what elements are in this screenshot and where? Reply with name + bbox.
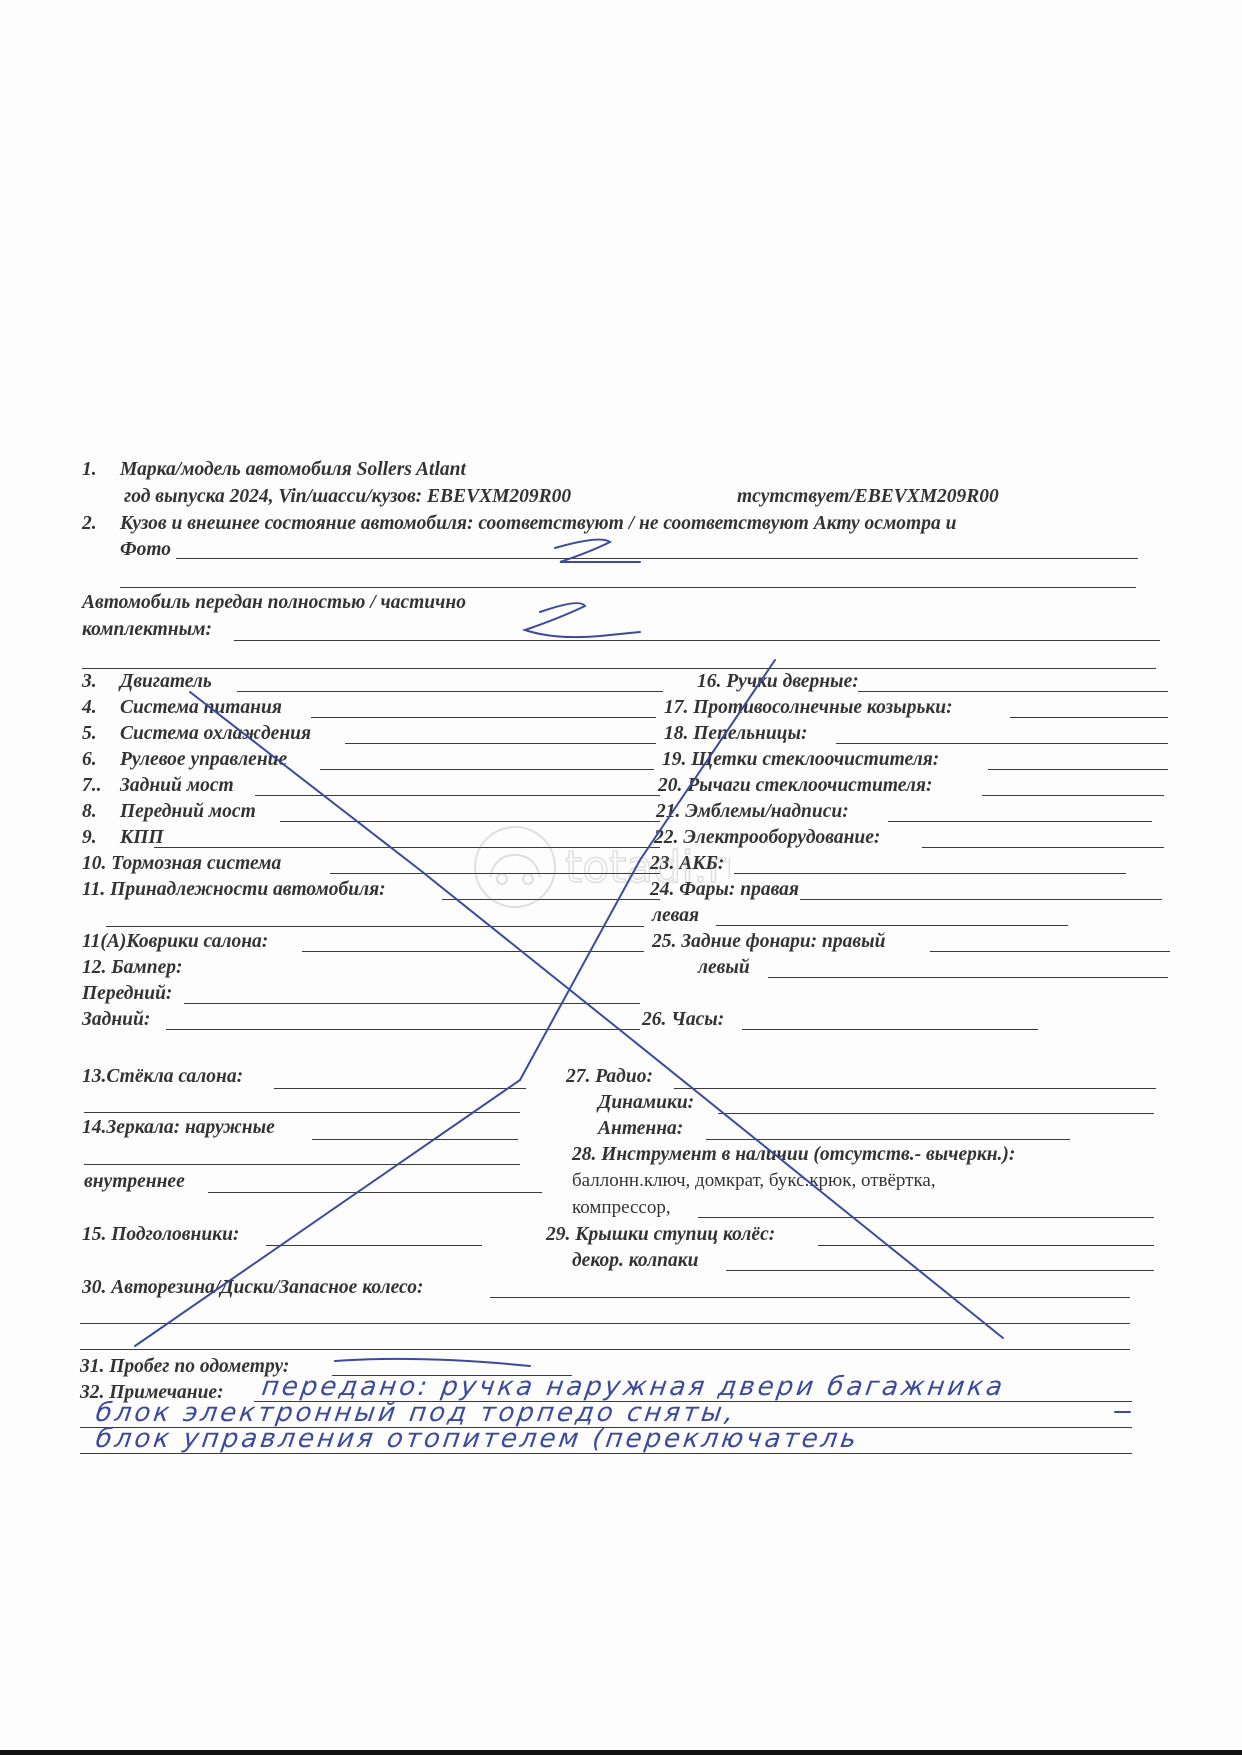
completeness-field-line[interactable] — [234, 640, 1160, 641]
item-number: 6. — [82, 749, 120, 771]
right-item-row: левый — [698, 957, 750, 979]
radio-field-line[interactable] — [674, 1088, 1156, 1089]
glass-label: 13.Стёкла салона: — [82, 1066, 243, 1088]
tires-field-line-2[interactable] — [80, 1323, 1130, 1324]
mirrors-inner-label: внутреннее — [84, 1171, 185, 1193]
item-field-line[interactable] — [836, 743, 1168, 744]
left-item-row: 7..Задний мост — [82, 775, 234, 797]
item-field-line[interactable] — [734, 873, 1126, 874]
item-field-line[interactable] — [320, 769, 654, 770]
item-number: 3. — [82, 671, 120, 693]
item-field-line[interactable] — [716, 925, 1068, 926]
scan-edge — [0, 1750, 1242, 1755]
right-item-row: 18. Пепельницы: — [664, 723, 808, 745]
mirrors-inner-field-line[interactable] — [208, 1192, 542, 1193]
mirrors-label: 14.Зеркала: наружные — [82, 1117, 275, 1139]
body-condition-label: Кузов и внешнее состояние автомобиля: со… — [120, 513, 956, 534]
right-item-row: 25. Задние фонари: правый — [652, 931, 885, 953]
item-field-line[interactable] — [302, 951, 644, 952]
item-label: 11. Принадлежности автомобиля: — [82, 879, 386, 900]
tools-field-line[interactable] — [698, 1217, 1154, 1218]
item-label: 10. Тормозная система — [82, 853, 281, 874]
watermark-logo-icon: totadi.ru — [470, 822, 730, 912]
item-field-line[interactable] — [988, 769, 1168, 770]
accessories-field-line-2[interactable] — [106, 926, 644, 927]
completeness-label-2: комплектным: — [82, 619, 212, 641]
hubcaps-label: 29. Крышки ступиц колёс: — [546, 1224, 775, 1246]
right-item-row: 16. Ручки дверные: — [697, 671, 859, 693]
item-label: Система охлаждения — [120, 723, 311, 744]
left-item-row: 6.Рулевое управление — [82, 749, 287, 771]
tires-label: 30. Авторезина/Диски/Запасное колесо: — [82, 1277, 423, 1299]
photo-label: Фото — [120, 539, 171, 561]
item-number: 7.. — [82, 775, 120, 797]
radio-label: 27. Радио: — [566, 1066, 653, 1088]
speakers-label: Динамики: — [598, 1092, 694, 1114]
item-field-line[interactable] — [858, 691, 1168, 692]
completeness-label: Автомобиль передан полностью / частично — [82, 592, 466, 614]
hubcaps-decor-label: декор. колпаки — [572, 1250, 698, 1272]
item-label: КПП — [120, 827, 164, 848]
handwritten-note-line-3: блок управления отопителем (переключател… — [94, 1424, 861, 1454]
item-label: Задний: — [82, 1009, 150, 1030]
item-label: 11(А)Коврики салона: — [82, 931, 268, 952]
inspection-form-page: 1.Марка/модель автомобиля Sollers Atlant… — [0, 0, 1242, 1755]
left-item-row: 4.Система питания — [82, 697, 282, 719]
headrests-label: 15. Подголовники: — [82, 1224, 239, 1246]
z-mark-icon — [525, 603, 640, 637]
item-number: 1. — [82, 459, 120, 481]
left-item-row: 12. Бампер: — [82, 957, 183, 979]
right-item-row: 20. Рычаги стеклоочистителя: — [658, 775, 932, 797]
item-field-line[interactable] — [345, 743, 656, 744]
item-label: Система питания — [120, 697, 282, 718]
item-field-line[interactable] — [888, 821, 1152, 822]
hubcaps-field-line[interactable] — [818, 1245, 1154, 1246]
mirrors-outer-field-line[interactable] — [312, 1139, 518, 1140]
left-item-row: 10. Тормозная система — [82, 853, 281, 875]
left-item-row: 9.КПП — [82, 827, 164, 849]
item-field-line[interactable] — [742, 1029, 1038, 1030]
year-vin-label: год выпуска 2024, Vin/шасси/кузов: EBEVX… — [124, 486, 571, 508]
glass-field-line[interactable] — [274, 1088, 526, 1089]
item-field-line[interactable] — [184, 1003, 640, 1004]
tools-label: 28. Инструмент в наличии (отсутств.- выч… — [572, 1144, 1015, 1166]
right-item-row: 17. Противосолнечные козырьки: — [664, 697, 953, 719]
glass-field-line-2[interactable] — [84, 1112, 520, 1113]
speakers-field-line[interactable] — [718, 1113, 1154, 1114]
item-field-line[interactable] — [768, 977, 1168, 978]
item-label: Передний мост — [120, 801, 256, 822]
completeness-field-line-2[interactable] — [82, 668, 1156, 669]
photo-field-line[interactable] — [176, 558, 1138, 559]
item-number: 4. — [82, 697, 120, 719]
tools-list-2: компрессор, — [572, 1197, 671, 1219]
item-label: 12. Бампер: — [82, 957, 183, 978]
vin-status-label: тсутствует/EBEVXM209R00 — [737, 486, 999, 508]
item-1: 1.Марка/модель автомобиля Sollers Atlant — [82, 459, 466, 481]
headrests-field-line[interactable] — [266, 1245, 482, 1246]
item-label: Двигатель — [120, 671, 212, 692]
left-item-row: 8.Передний мост — [82, 801, 256, 823]
item-label: Передний: — [82, 983, 172, 1004]
item-label: Задний мост — [120, 775, 234, 796]
photo-field-line-2[interactable] — [120, 587, 1136, 588]
hubcaps-decor-field-line[interactable] — [726, 1270, 1154, 1271]
odometer-dash-mark — [335, 1359, 530, 1366]
mirrors-outer-field-line-2[interactable] — [84, 1164, 520, 1165]
left-item-row: Задний: — [82, 1009, 150, 1031]
odometer-label: 31. Пробег по одометру: — [80, 1356, 289, 1378]
item-field-line[interactable] — [800, 899, 1162, 900]
tires-field-line[interactable] — [490, 1297, 1130, 1298]
left-item-row: 11. Принадлежности автомобиля: — [82, 879, 386, 901]
right-item-row: 21. Эмблемы/надписи: — [656, 801, 849, 823]
item-field-line[interactable] — [982, 795, 1164, 796]
left-item-row: 5.Система охлаждения — [82, 723, 311, 745]
item-field-line[interactable] — [237, 691, 663, 692]
item-number: 2. — [82, 513, 120, 535]
item-number: 8. — [82, 801, 120, 823]
item-field-line[interactable] — [166, 1029, 640, 1030]
tires-field-line-3[interactable] — [80, 1349, 1130, 1350]
left-item-row: Передний: — [82, 983, 172, 1005]
make-model-label: Марка/модель автомобиля Sollers Atlant — [120, 459, 466, 480]
item-2: 2.Кузов и внешнее состояние автомобиля: … — [82, 513, 956, 535]
item-field-line[interactable] — [922, 847, 1164, 848]
item-number: 5. — [82, 723, 120, 745]
left-item-row: 11(А)Коврики салона: — [82, 931, 268, 953]
antenna-field-line[interactable] — [706, 1139, 1070, 1140]
item-number: 9. — [82, 827, 120, 849]
svg-text:totadi.ru: totadi.ru — [565, 842, 730, 893]
item-field-line[interactable] — [930, 951, 1170, 952]
item-field-line[interactable] — [255, 795, 660, 796]
tools-list: баллонн.ключ, домкрат, букс.крюк, отвёрт… — [572, 1170, 936, 1192]
antenna-label: Антенна: — [598, 1118, 683, 1140]
item-label: Рулевое управление — [120, 749, 287, 770]
item-field-line[interactable] — [311, 717, 656, 718]
item-field-line[interactable] — [1010, 717, 1168, 718]
left-item-row: 3.Двигатель — [82, 671, 212, 693]
right-item-row: 26. Часы: — [642, 1009, 724, 1031]
right-item-row: 19. Щетки стеклоочистителя: — [662, 749, 939, 771]
